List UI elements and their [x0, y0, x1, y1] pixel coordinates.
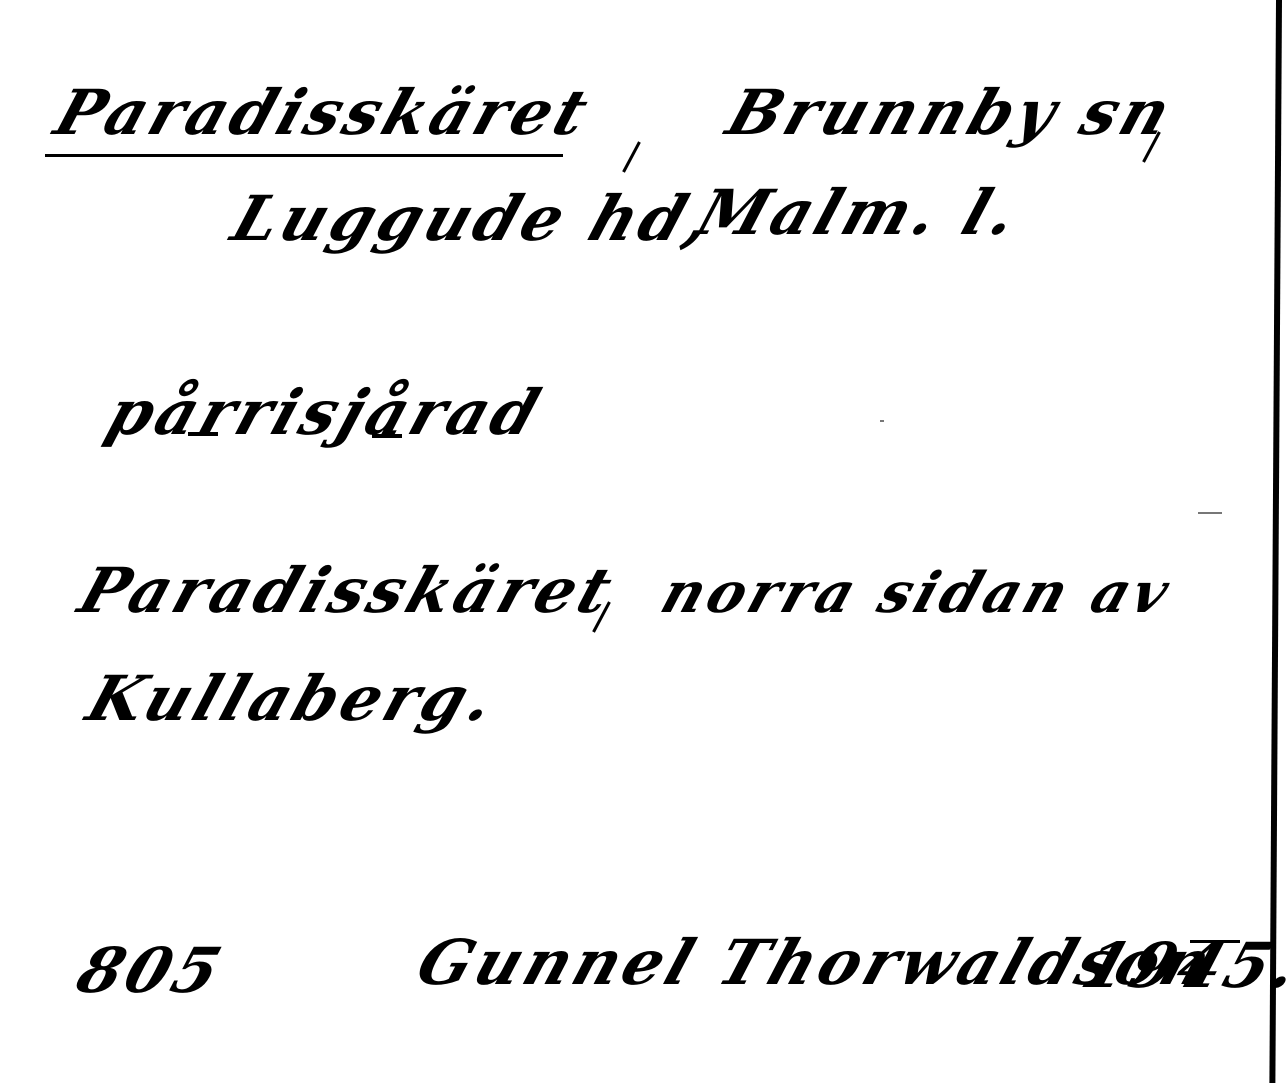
parish-name: Brunnby sn — [720, 82, 1181, 144]
vowel-underline — [188, 432, 218, 436]
record-year: 1945. — [1075, 935, 1286, 997]
description-mountain: Kullaberg. — [80, 668, 505, 730]
description-location: norra sidan av — [655, 565, 1179, 621]
county-name: Malm. l. — [690, 182, 1028, 244]
place-name-heading: Paradisskäret — [48, 82, 599, 144]
pronunciation-text: pårrisjårad — [100, 382, 550, 444]
scan-artifact — [880, 420, 884, 422]
place-name-underline — [45, 154, 563, 157]
card-edge-border — [1269, 0, 1282, 1083]
year-overline — [1190, 940, 1240, 943]
vowel-underline — [372, 434, 402, 438]
scan-artifact — [1198, 512, 1222, 514]
comma-mark — [622, 141, 641, 172]
district-name: Luggude hd, — [225, 188, 724, 250]
archive-card: Paradisskäret Brunnby sn Luggude hd, Mal… — [0, 0, 1286, 1083]
description-place-name: Paradisskäret — [72, 560, 623, 622]
record-number: 805 — [70, 940, 232, 1002]
